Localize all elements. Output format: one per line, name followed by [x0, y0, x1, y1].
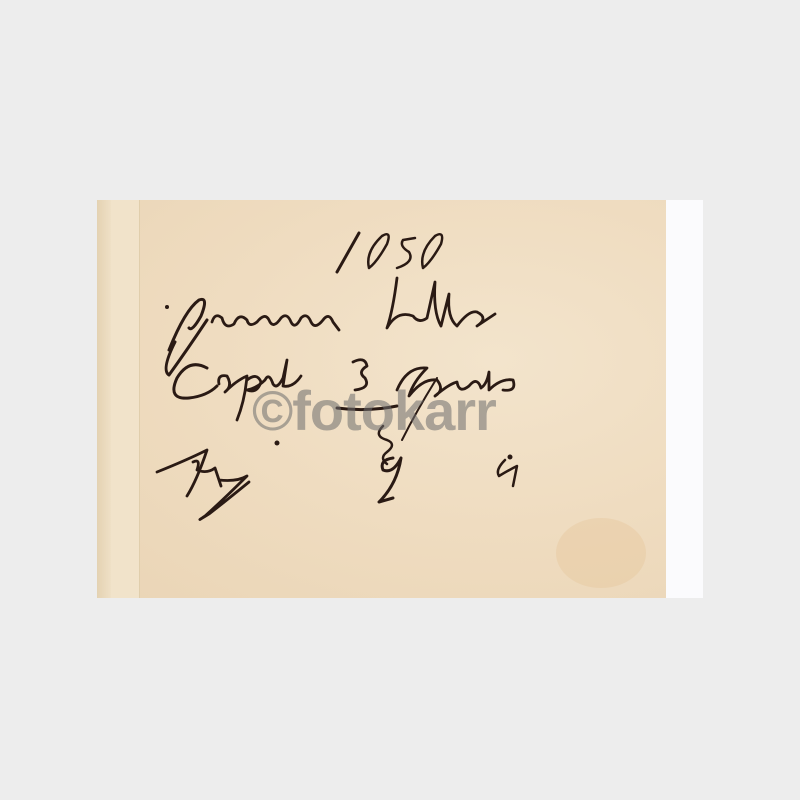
watermark-text: ©fotokarr	[252, 378, 496, 443]
document-photo: ©fotokarr	[97, 200, 703, 598]
